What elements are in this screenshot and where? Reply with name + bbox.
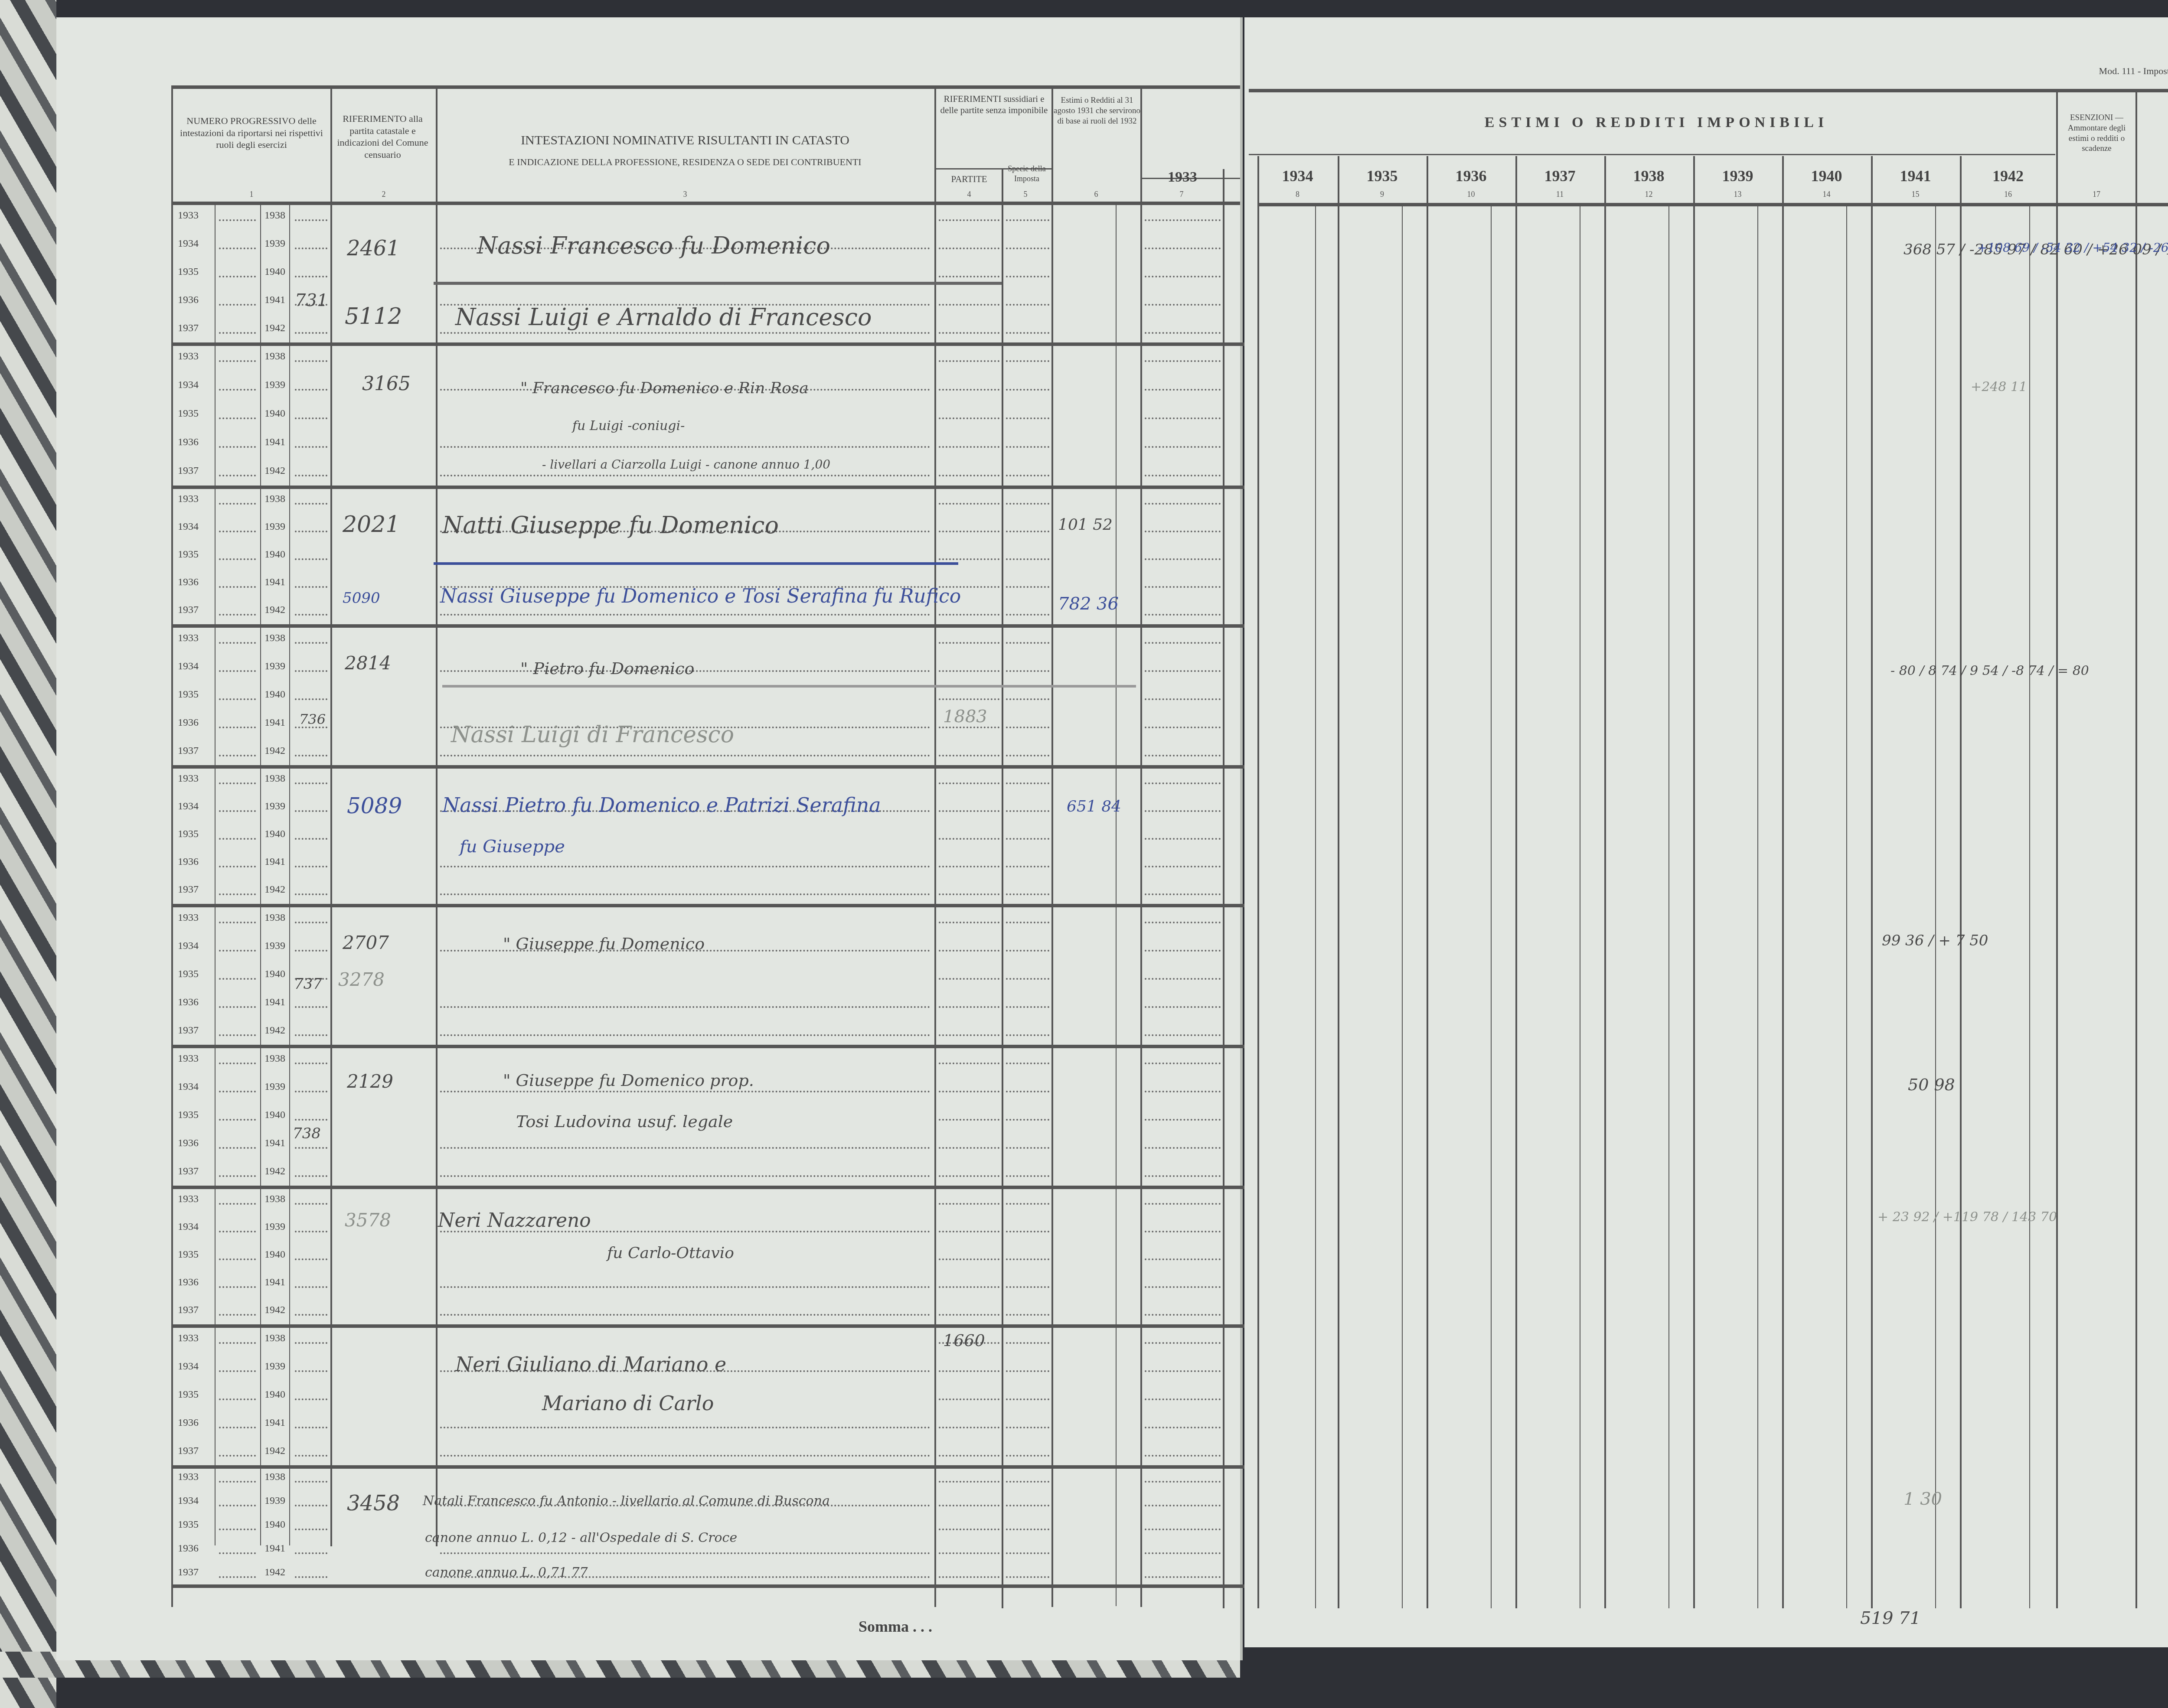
dotted-rule [1006,698,1049,700]
rule [260,202,261,1545]
dotted-rule [219,838,256,840]
year-label: 1940 [264,968,285,980]
entry-7-intestazione-2: Tosi Ludovina usuf. legale [516,1112,733,1131]
dotted-rule [440,475,930,476]
dotted-rule [440,614,930,616]
dotted-rule [939,642,999,644]
col-number: 15 [1871,190,1960,199]
entry-1-partita-2: 5112 [345,303,402,329]
year-label: 1934 [178,940,199,952]
dotted-rule [1006,1370,1049,1372]
rule [1515,156,1517,1608]
dotted-rule [939,1119,999,1121]
entry-2-intestazione: " Francesco fu Domenico e Rin Rosa [520,379,809,397]
year-label: 1942 [264,323,285,334]
dotted-rule [939,670,999,672]
year-label: 1940 [264,549,285,561]
dotted-rule [219,1529,256,1530]
entry-8-intestazione-2: fu Carlo-Ottavio [607,1244,734,1262]
dotted-rule [219,1147,256,1149]
dotted-rule [295,1314,327,1316]
dotted-rule [219,586,256,588]
year-label: 1935 [178,1249,199,1261]
dotted-rule [219,558,256,560]
col6-header: Estimi o Redditi al 31 agosto 1931 che s… [1054,95,1140,126]
col-number: 10 [1427,190,1515,199]
dotted-rule [295,866,327,867]
dotted-rule [219,642,256,644]
dotted-rule [219,950,256,952]
dotted-rule [295,219,327,221]
dotted-rule [219,1427,256,1428]
year-label: 1942 [264,1445,285,1457]
entry-6-partita-2: 3278 [338,969,385,990]
dotted-rule [1145,276,1221,277]
rule [171,85,173,1607]
header-top-rule-right [1249,89,2168,92]
strike-line [434,282,1002,285]
dotted-rule [1006,332,1049,334]
year-label: 1941 [264,1277,285,1288]
dotted-rule [1006,670,1049,672]
dotted-rule [1006,1203,1049,1205]
dotted-rule [1145,922,1221,923]
dotted-rule [295,922,327,923]
dotted-rule [219,1063,256,1064]
dotted-rule [295,531,327,532]
dotted-rule [219,670,256,672]
rule [1002,169,1003,1608]
year-label: 1933 [178,632,199,644]
dotted-rule [219,782,256,784]
dotted-rule [440,332,930,334]
dotted-rule [1006,950,1049,952]
dotted-rule [939,1427,999,1428]
dotted-rule [1145,1505,1221,1506]
year-label: 1941 [264,1543,285,1555]
col-number: 16 [1960,190,2056,199]
dotted-rule [440,446,930,448]
dotted-rule [1145,531,1221,532]
col-number: 4 [960,190,978,199]
dotted-rule [1006,389,1049,391]
dotted-rule [295,1063,327,1064]
year-label: 1935 [178,968,199,980]
dotted-rule [1006,276,1049,277]
year-label: 1942 [264,1166,285,1177]
year-label: 1938 [264,1053,285,1065]
year-label: 1941 [264,437,285,448]
col-number: 9 [1338,190,1427,199]
dotted-rule [1145,698,1221,700]
dotted-rule [1145,727,1221,728]
col-number: 11 [1515,190,1604,199]
year-label: 1942 [264,745,285,757]
dotted-rule [440,1552,930,1554]
dotted-rule [939,360,999,362]
year-label: 1939 [264,1221,285,1233]
dotted-rule [1145,1006,1221,1008]
year-label: 1938 [264,912,285,924]
dotted-rule [1006,219,1049,221]
year-label: 1936 [178,294,199,306]
header-bottom-rule-right [1257,203,2168,206]
year-label: 1940 [264,408,285,420]
entry-1-intestazione-2: Nassi Luigi e Arnaldo di Francesco [455,303,872,331]
dotted-rule [1006,1576,1049,1578]
dotted-rule [219,893,256,895]
dotted-rule [1145,1455,1221,1457]
dotted-rule [295,558,327,560]
entry-9-partite: 1660 [943,1331,985,1350]
dotted-rule [939,1063,999,1064]
entry-7-estimi-1941: 50 98 [1908,1075,1955,1094]
year-label: 1936 [178,1543,199,1555]
entry-4-numero: 736 [299,711,326,727]
entry-5-intestazione: Nassi Pietro fu Domenico e Patrizi Seraf… [442,793,881,817]
dotted-rule [1006,727,1049,728]
rule [1871,156,1873,1608]
entry-7-intestazione: " Giuseppe fu Domenico prop. [503,1071,754,1090]
dotted-rule [219,1175,256,1177]
dotted-rule [1006,1314,1049,1316]
entry-7-numero: 738 [293,1125,321,1142]
dotted-rule [295,838,327,840]
dotted-rule [1145,1175,1221,1177]
entry-6-partita: 2707 [343,932,389,953]
year-label: 1938 [264,493,285,505]
dotted-rule [1006,360,1049,362]
year-label: 1941 [264,717,285,729]
year-label: 1939 [264,521,285,533]
dotted-rule [295,1231,327,1232]
year-label: 1940 [264,1389,285,1401]
dotted-rule [219,922,256,923]
dotted-rule [1145,1552,1221,1554]
entry-8-intestazione: Neri Nazzareno [438,1209,591,1232]
year-header: 1934 [1257,167,1338,185]
entry-3-intestazione: Natti Giuseppe fu Domenico [442,512,779,539]
col-number: 17 [2088,190,2105,199]
year-label: 1942 [264,1304,285,1316]
rule [934,85,936,1607]
year-label: 1937 [178,1025,199,1037]
rule [1140,85,1142,1607]
dotted-rule [219,389,256,391]
year-label: 1933 [178,493,199,505]
dotted-rule [440,1314,930,1316]
dotted-rule [1145,475,1221,476]
year-label: 1940 [264,689,285,701]
year-label: 1937 [178,884,199,896]
dotted-rule [1145,866,1221,867]
year-label: 1935 [178,1389,199,1401]
dotted-rule [295,755,327,756]
year-label: 1942 [264,884,285,896]
rule [1693,156,1695,1608]
dotted-rule [939,698,999,700]
dotted-rule [1145,1286,1221,1288]
dotted-rule [1006,1147,1049,1149]
entry-3-partita-2: 5090 [343,590,380,607]
rule [1427,156,1428,1608]
dotted-rule [219,727,256,728]
rule [215,202,215,1545]
dotted-rule [1006,248,1049,249]
year-label: 1934 [178,661,199,672]
year-label: 1934 [178,1221,199,1233]
year-label: 1941 [264,577,285,588]
dotted-rule [295,446,327,448]
year-label: 1937 [178,745,199,757]
dotted-rule [219,1342,256,1344]
estimi-title: ESTIMI O REDDITI IMPONIBILI [1257,114,2055,132]
entry-7-partita: 2129 [347,1071,393,1092]
year-label: 1937 [178,323,199,334]
dotted-rule [939,1175,999,1177]
dotted-rule [1006,1481,1049,1483]
dotted-rule [1006,475,1049,476]
year-label: 1933 [178,773,199,785]
entry-4-intestazione-2: Nassi Luigi di Francesco [451,722,734,748]
dotted-rule [939,446,999,448]
dotted-rule [1145,304,1221,306]
rule [1580,204,1580,1608]
dotted-rule [1006,503,1049,505]
dotted-rule [1145,389,1221,391]
rule [2135,91,2137,1608]
entry-4-intestazione: " Pietro fu Domenico [520,659,694,678]
dotted-rule [1006,531,1049,532]
dotted-rule [219,1006,256,1008]
year-label: 1940 [264,1109,285,1121]
dotted-rule [1006,1119,1049,1121]
dotted-rule [1145,1203,1221,1205]
col3-subtitle: E INDICAZIONE DELLA PROFESSIONE, RESIDEN… [438,156,932,168]
entry-8-partita: 3578 [345,1209,391,1231]
dotted-rule [295,950,327,952]
somma-1941: 519 71 [1860,1608,1921,1628]
year-label: 1935 [178,549,199,561]
dotted-rule [939,417,999,419]
form-model: Mod. 111 - Imposte Dirette (Intercalare)… [2081,65,2168,77]
year-label: 1933 [178,1193,199,1205]
dotted-rule [1006,1505,1049,1506]
year-label: 1933 [178,1333,199,1344]
rule [1960,156,1962,1608]
entry-6-numero: 737 [294,975,322,993]
dotted-rule [295,1370,327,1372]
dotted-rule [219,1455,256,1457]
entry-6-estimi-1941: 99 36 / + 7 50 [1882,932,1988,949]
dotted-rule [939,1576,999,1578]
dotted-rule [939,389,999,391]
year-label: 1942 [264,465,285,477]
dotted-rule [939,922,999,923]
dotted-rule [219,304,256,306]
dotted-rule [295,1286,327,1288]
dotted-rule [1006,586,1049,588]
dotted-rule [295,1398,327,1400]
dotted-rule [295,1147,327,1149]
dotted-rule [1145,1427,1221,1428]
dotted-rule [939,1314,999,1316]
dotted-rule [219,1481,256,1483]
rule [289,202,290,1545]
dotted-rule [295,503,327,505]
rule [1338,156,1339,1608]
dotted-rule [1006,866,1049,867]
dotted-rule [1145,446,1221,448]
dotted-rule [1145,360,1221,362]
entry-2-partita: 3165 [362,373,411,395]
entry-4-partite: 1883 [943,707,987,727]
year-label: 1937 [178,604,199,616]
dotted-rule [939,1455,999,1457]
dotted-rule [939,978,999,980]
dotted-rule [295,1481,327,1483]
dotted-rule [939,1147,999,1149]
dotted-rule [295,893,327,895]
dotted-rule [219,1576,256,1578]
entry-10-intestazione-2: canone annuo L. 0,12 - all'Ospedale di S… [425,1530,737,1545]
dotted-rule [295,248,327,249]
entry-10-partita: 3458 [347,1491,400,1516]
year-label: 1935 [178,828,199,840]
dotted-rule [939,1505,999,1506]
dotted-rule [440,1286,930,1288]
rule [1757,204,1758,1608]
rule [1402,204,1403,1608]
dotted-rule [939,219,999,221]
year-header: 1937 [1515,167,1604,185]
dotted-rule [1145,1314,1221,1316]
dotted-rule [1006,1258,1049,1260]
entry-10-intestazione: Natali Francesco fu Antonio - livellario… [423,1493,830,1509]
entry-9-intestazione: Neri Giuliano di Mariano e [455,1353,726,1376]
dotted-rule [939,1398,999,1400]
dotted-rule [939,838,999,840]
year-header: 1941 [1871,167,1960,185]
dotted-rule [440,1175,930,1177]
col-number: 13 [1693,190,1782,199]
dotted-rule [1006,1427,1049,1428]
year-label: 1937 [178,1445,199,1457]
dotted-rule [1006,1286,1049,1288]
dotted-rule [939,810,999,812]
dotted-rule [295,1258,327,1260]
dotted-rule [219,332,256,334]
col3-title: INTESTAZIONI NOMINATIVE RISULTANTI IN CA… [438,132,932,149]
dotted-rule [440,1091,930,1092]
dotted-rule [295,360,327,362]
col-number: 6 [1087,190,1105,199]
dotted-rule [939,893,999,895]
entry-1-intestazione: Nassi Francesco fu Domenico [477,232,830,259]
dotted-rule [219,1286,256,1288]
year-label: 1935 [178,1109,199,1121]
year-label: 1937 [178,1166,199,1177]
dotted-rule [295,1175,327,1177]
dotted-rule [440,1427,930,1428]
dotted-rule [939,727,999,728]
dotted-rule [295,1034,327,1036]
dotted-rule [295,642,327,644]
dotted-rule [1006,978,1049,980]
entry-3-partita: 2021 [343,512,400,538]
dotted-rule [1006,922,1049,923]
dotted-rule [219,698,256,700]
entry-9-intestazione-2: Mariano di Carlo [542,1392,714,1415]
entry-10-estimi-1941: 1 30 [1904,1489,1942,1509]
col-number: 7 [1173,190,1190,199]
year-label: 1942 [264,604,285,616]
col-number: 2 [375,190,392,199]
dotted-rule [295,586,327,588]
year-label: 1940 [264,1249,285,1261]
dotted-rule [1006,1231,1049,1232]
dotted-rule [939,304,999,306]
strike-line-pencil [442,685,1136,688]
dotted-rule [295,276,327,277]
dotted-rule [1006,642,1049,644]
dotted-rule [1145,950,1221,952]
year-label: 1939 [264,1361,285,1372]
dotted-rule [295,1091,327,1092]
dotted-rule [219,614,256,616]
dotted-rule [1145,755,1221,756]
dotted-rule [219,1314,256,1316]
year-label: 1936 [178,717,199,729]
rule [1249,154,2055,155]
dotted-rule [295,1505,327,1506]
riferimenti-header: RIFERIMENTI sussidiari e delle partite s… [937,93,1051,116]
year-label: 1935 [178,1519,199,1531]
col-number: 5 [1017,190,1034,199]
dotted-rule [219,1034,256,1036]
dotted-rule [1006,1006,1049,1008]
dotted-rule [939,755,999,756]
dotted-rule [219,531,256,532]
dotted-rule [219,1505,256,1506]
year-header: 1935 [1338,167,1427,185]
dotted-rule [295,332,327,334]
year-label: 1939 [264,379,285,391]
year-label: 1940 [264,266,285,278]
year-header: 1939 [1693,167,1782,185]
dotted-rule [219,219,256,221]
year-header: 1936 [1427,167,1515,185]
year-label: 1939 [264,661,285,672]
dotted-rule [939,614,999,616]
dotted-rule [295,810,327,812]
dotted-rule [295,1342,327,1344]
dotted-rule [440,1455,930,1457]
dotted-rule [1145,1398,1221,1400]
dotted-rule [1145,1034,1221,1036]
dotted-rule [219,810,256,812]
dotted-rule [440,1006,930,1008]
entry-6-intestazione: " Giuseppe fu Domenico [503,934,705,953]
rule [1051,85,1053,1607]
dotted-rule [295,389,327,391]
dotted-rule [219,1231,256,1232]
col1-header: NUMERO PROGRESSIVO delle intestazioni da… [173,115,330,151]
dotted-rule [939,782,999,784]
dotted-rule [219,360,256,362]
year-label: 1941 [264,294,285,306]
rule [1257,156,1259,1608]
